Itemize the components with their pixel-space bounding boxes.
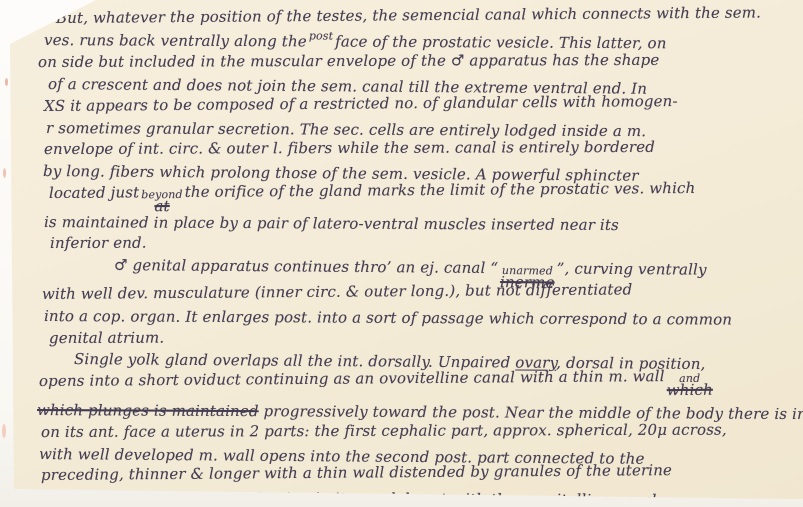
inserted-word: and [679,376,700,383]
inserted-word: beyond [141,192,182,199]
struck-text: which plunges is maintained [37,401,259,420]
handwriting-line: on side but included in the muscular env… [38,50,788,74]
handwritten-text: ♂ genital apparatus continues thro’ an e… [114,256,498,277]
handwritten-text: ves. runs back ventrally along the [44,31,307,50]
handwriting-line: located justbeyondatthe orifice of the g… [49,177,788,212]
handwriting-line: preceding, thinner & longer with a thin … [41,459,788,487]
scan-speck [5,78,8,86]
inserted-word: unarmed [502,268,553,275]
handwriting-line: opens into a short oviduct continuing as… [39,365,788,400]
handwriting-line: inferior end. [50,231,788,255]
handwritten-text: genital atrium. [49,328,164,346]
handwriting-line: genital atrium. [49,325,788,349]
scan-speck [2,424,6,438]
handwriting-line: But, whatever the position of the testes… [56,2,788,29]
handwritten-text: with well dev. musculature (inner circ. … [42,281,632,304]
handwriting-line: envelope of int. circ. & outer l. fibers… [44,137,788,161]
handwritten-text: XS it appears to be composed of a restri… [44,92,678,115]
handwriting-line: with well dev. musculature (inner circ. … [42,278,788,306]
struck-word: at [154,201,169,210]
struck-word: which [667,386,713,396]
inline-correction: andwhich [667,379,713,395]
handwritten-text: on side but included in the muscular env… [38,51,659,71]
inline-correction: beyondat [141,195,183,211]
handwritten-text: located just [49,183,139,202]
handwritten-text: opens into a short oviduct continuing as… [39,367,665,390]
handwritten-text: preceding, thinner & longer with a thin … [41,461,672,484]
handwriting-lines: But, whatever the position of the testes… [36,8,788,507]
inserted-word: post [309,29,333,42]
handwritten-text: the orifice of the gland marks the limit… [185,179,696,201]
handwritten-text: inferior end. [50,234,147,252]
index-card: But, whatever the position of the testes… [0,0,803,507]
handwritten-text: ”, curving ventrally [557,260,707,279]
scan-speck [3,168,6,178]
handwriting-line: on its ant. face a uterus in 2 parts: th… [41,419,788,443]
handwritten-text: But, whatever the position of the testes… [56,3,761,27]
handwritten-text: envelope of int. circ. & outer l. fibers… [44,138,655,158]
handwritten-text: on its ant. face a uterus in 2 parts: th… [41,420,727,440]
